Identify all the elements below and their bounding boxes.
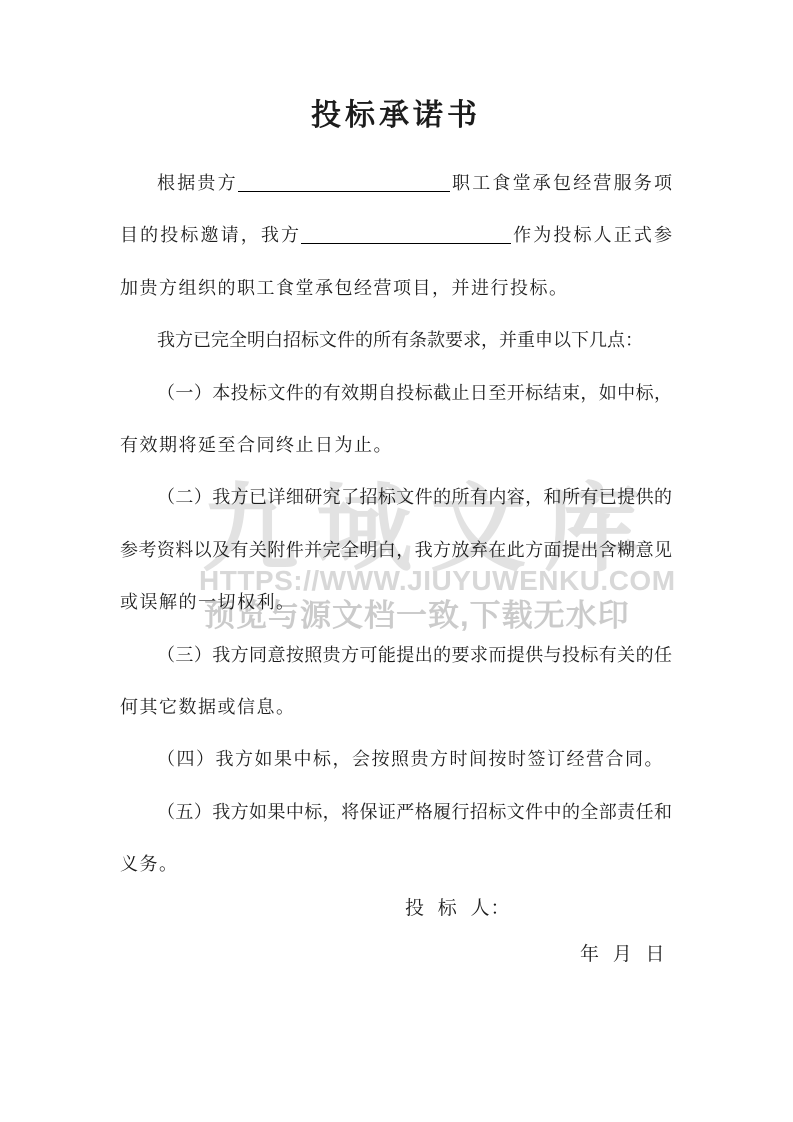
body-line-1-post: 职工食堂承包经营服务项 <box>450 173 672 193</box>
body-line-8: 参考资料以及有关附件并完全明白，我方放弃在此方面提出含糊意见 <box>120 524 672 576</box>
body-line-10: （三）我方同意按照贵方可能提出的要求而提供与投标有关的任 <box>120 629 672 681</box>
document-page: 九域文库 HTTPS://WWW.JIUYUWENKU.COM 预览与源文档一致… <box>0 0 793 1122</box>
body-line-3: 加贵方组织的职工食堂承包经营项目，并进行投标。 <box>120 262 672 314</box>
document-content: 投标承诺书 根据贵方职工食堂承包经营服务项 目的投标邀请，我方作为投标人正式参 … <box>120 0 672 978</box>
body-line-14: 义务。 <box>120 838 672 890</box>
body-line-2-pre: 目的投标邀请，我方 <box>120 225 301 245</box>
document-body: 根据贵方职工食堂承包经营服务项 目的投标邀请，我方作为投标人正式参 加贵方组织的… <box>120 157 672 978</box>
body-line-1-pre: 根据贵方 <box>157 173 238 193</box>
signature-bidder-label: 投 标 人： <box>405 886 672 932</box>
signature-date-label: 年 月 日 <box>580 932 672 978</box>
body-line-11: 何其它数据或信息。 <box>120 681 672 733</box>
body-line-5: （一）本投标文件的有效期自投标截止日至开标结束，如中标， <box>120 367 672 419</box>
blank-field-bidder-name <box>301 241 511 244</box>
body-line-2: 目的投标邀请，我方作为投标人正式参 <box>120 209 672 261</box>
body-line-9: 或误解的一切权利。 <box>120 576 672 628</box>
body-line-4: 我方已完全明白招标文件的所有条款要求，并重申以下几点： <box>120 314 672 366</box>
body-line-12: （四）我方如果中标，会按照贵方时间按时签订经营合同。 <box>120 733 672 785</box>
body-line-1: 根据贵方职工食堂承包经营服务项 <box>120 157 672 209</box>
body-line-7: （二）我方已详细研究了招标文件的所有内容，和所有已提供的 <box>120 471 672 523</box>
body-line-6: 有效期将延至合同终止日为止。 <box>120 419 672 471</box>
blank-field-tendering-party <box>238 189 450 192</box>
body-line-13: （五）我方如果中标，将保证严格履行招标文件中的全部责任和 <box>120 786 672 838</box>
body-line-2-post: 作为投标人正式参 <box>511 225 672 245</box>
document-title: 投标承诺书 <box>120 96 672 136</box>
